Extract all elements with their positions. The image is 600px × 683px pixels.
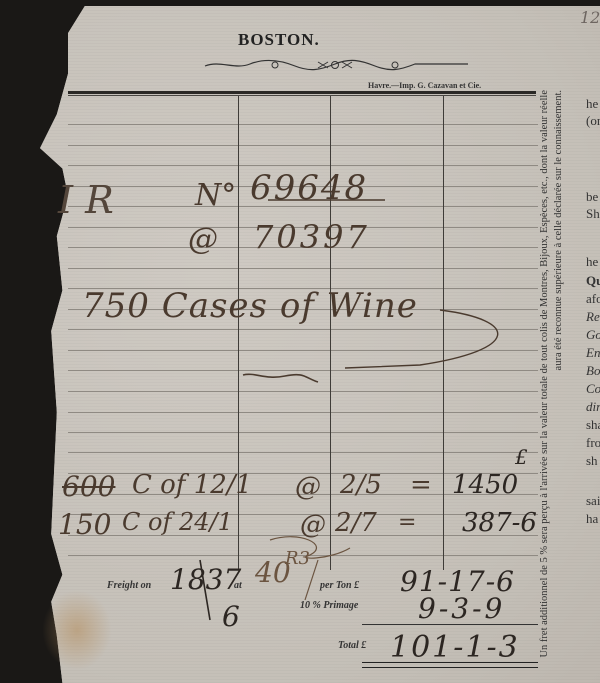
- total-label: Total £: [338, 640, 366, 651]
- primage-label: 10 % Primage: [300, 600, 358, 611]
- edge-text: he: [586, 95, 598, 113]
- line-item-qty: 150: [58, 508, 111, 541]
- primage-amount: 9-3-9: [418, 592, 505, 625]
- line-item-desc: C of 12/1: [132, 470, 252, 500]
- edge-text: sai: [586, 492, 600, 510]
- line-item-amount: 1450: [452, 470, 518, 500]
- freight-on-label: Freight on: [107, 580, 151, 591]
- subtotal-rule: [362, 624, 538, 625]
- freight-rate-note: R3: [285, 548, 310, 569]
- header-rule: [68, 91, 536, 94]
- number-at-symbol: @: [188, 222, 218, 257]
- line-item-desc: C of 24/1: [122, 508, 233, 536]
- edge-text: Bo: [586, 362, 600, 380]
- edge-text: (or: [586, 112, 600, 130]
- line-item-qty: 600: [62, 470, 115, 503]
- line-item-eq: =: [410, 470, 432, 500]
- freight-at-label: at: [234, 580, 242, 591]
- number-from: 69648: [250, 168, 368, 208]
- per-ton-label: per Ton £: [320, 580, 359, 591]
- line-item-eq: =: [398, 510, 416, 535]
- edge-text: Qu: [586, 272, 600, 290]
- line-item-at: @: [300, 510, 326, 540]
- total-double-rule: [362, 662, 538, 668]
- ornament-divider-icon: [200, 58, 470, 72]
- document-title: BOSTON.: [238, 30, 320, 50]
- cargo-description: 750 Cases of Wine: [82, 286, 418, 326]
- line-item-at: @: [295, 472, 321, 502]
- edge-text: ha: [586, 510, 598, 528]
- water-stain: [42, 590, 112, 670]
- edge-text: be: [586, 188, 598, 206]
- line-item-note: £: [515, 445, 528, 469]
- edge-text: he: [586, 253, 598, 271]
- edge-text: Re: [586, 308, 600, 326]
- edge-text: afo: [586, 290, 600, 308]
- vertical-freight-notice: Un fret additionnel de 5 % sera perçu à …: [538, 90, 584, 670]
- edge-text: Co: [586, 380, 600, 398]
- edge-text: En: [586, 344, 600, 362]
- freight-weight-fraction: 6: [222, 600, 240, 633]
- number-to: 70397: [253, 218, 370, 256]
- edge-text: Go: [586, 326, 600, 344]
- line-item-amount: 387-6: [462, 508, 537, 538]
- column-divider-3: [443, 96, 444, 570]
- corner-mark: 12: [580, 8, 600, 27]
- edge-text: Sh: [586, 205, 600, 223]
- line-item-rate: 2/7: [335, 508, 377, 538]
- edge-text: dir: [586, 398, 600, 416]
- shipping-mark: I R: [58, 178, 114, 222]
- freight-weight: 1837: [170, 563, 241, 596]
- printer-imprint: Havre.—Imp. G. Cazavan et Cie.: [368, 81, 481, 90]
- edge-text: fro: [586, 434, 600, 452]
- edge-text: sh: [586, 452, 598, 470]
- line-item-rate: 2/5: [340, 470, 382, 500]
- number-prefix: N°: [195, 178, 236, 213]
- header-rule-thin: [68, 95, 536, 96]
- edge-text: sha: [586, 416, 600, 434]
- total-amount: 101-1-3: [390, 630, 520, 665]
